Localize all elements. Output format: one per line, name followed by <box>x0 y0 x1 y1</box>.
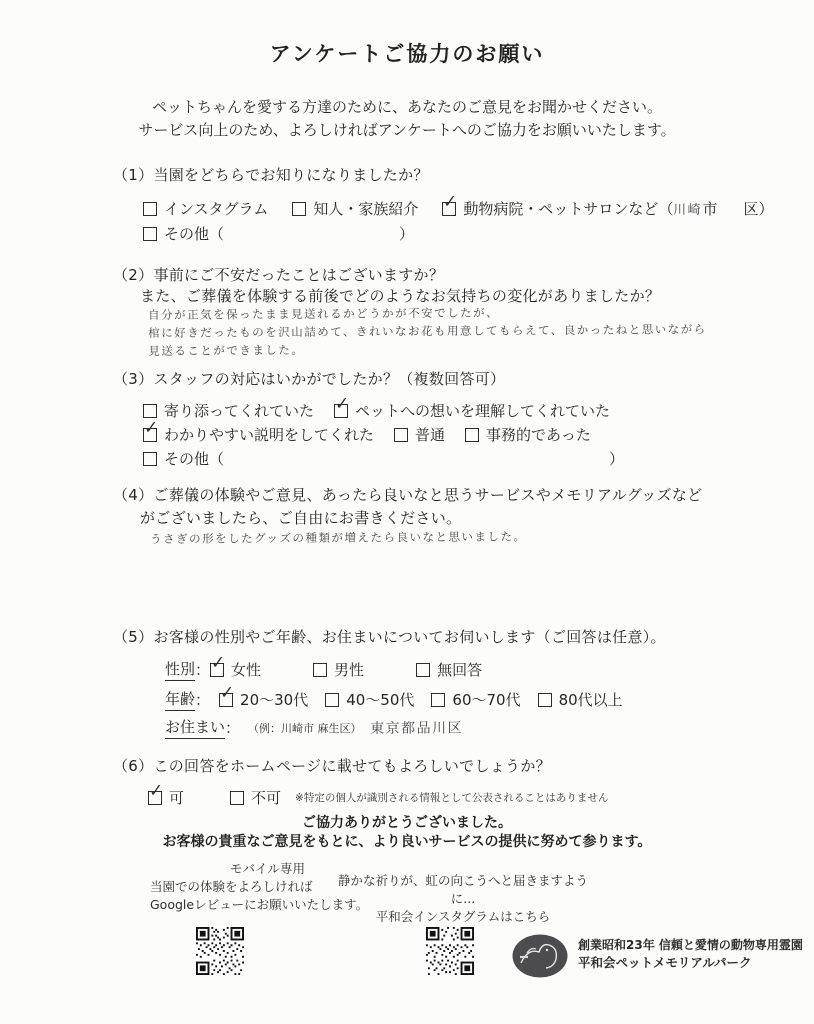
check-mark-icon: ✓ <box>144 419 158 438</box>
answer-line-3: 見送ることができました。 <box>148 338 707 360</box>
colon: ： <box>195 659 210 680</box>
q3-label: （3）スタッフの対応はいかがでしたか？（複数回答可） <box>113 368 505 389</box>
q3-options-row-3: その他（ ） <box>143 448 624 469</box>
option-label: 男性 <box>334 659 364 680</box>
intro-text: ペットちゃんを愛する方達のために、あなたのご意見をお聞かせください。 サービス向… <box>0 96 814 142</box>
q5-age-row: 年齢 ： ✓ 20～30代 40～50代 60～70代 80代以上 <box>165 688 623 711</box>
option-label: 20～30代 <box>240 689 308 710</box>
option-label: 80代以上 <box>559 689 623 710</box>
q1-options-row-2: その他（ ） <box>143 223 414 244</box>
residence-example: （例：川崎市 麻生区） <box>248 720 362 736</box>
q3-options-row-1: 寄り添ってくれていた ✓ ペットへの想いを理解してくれていた <box>143 400 610 421</box>
checkbox[interactable] <box>416 663 430 677</box>
check-mark-icon: ✓ <box>149 782 163 801</box>
q6-label: （6）この回答をホームページに載せてもよろしいでしょうか？ <box>113 755 551 776</box>
checkbox-checked[interactable]: ✓ <box>442 202 456 216</box>
q4-label-line-1: （4）ご葬儀の体験やご意見、あったら良いなと思うサービスやメモリアルグッズなど <box>113 484 702 505</box>
checkbox[interactable] <box>143 452 157 466</box>
q6-options-row: ✓ 可 不可 ※特定の個人が識別される情報として公表されることはありません <box>148 787 608 808</box>
checkbox[interactable] <box>313 663 327 677</box>
checkbox[interactable] <box>230 791 244 805</box>
q3-option-normal: 普通 <box>394 424 445 445</box>
q2-label-line-1: （2）事前にご不安だったことはございますか？ <box>113 264 444 285</box>
option-label: わかりやすい説明をしてくれた <box>164 424 374 445</box>
checkbox[interactable] <box>465 428 479 442</box>
q1-option-other: その他（ ） <box>143 223 414 244</box>
heiwakai-logo-icon <box>511 933 569 980</box>
handwritten-city: 川崎 <box>673 199 702 218</box>
page-title: アンケートご協力のお願い <box>0 38 814 68</box>
option-label: 40～50代 <box>346 689 414 710</box>
checkbox[interactable] <box>143 404 157 418</box>
option-label: 可 <box>169 787 184 808</box>
check-mark-icon: ✓ <box>211 654 225 673</box>
ward-close: 区） <box>743 198 773 219</box>
residence-handwritten-answer: 東京都品川区 <box>370 717 463 738</box>
q5-option-male: 男性 <box>313 659 364 680</box>
q1-option-referral: 知人・家族紹介 <box>292 198 418 219</box>
check-mark-icon: ✓ <box>335 395 349 414</box>
option-label: 知人・家族紹介 <box>313 198 418 219</box>
q3-option-clear-explanation: ✓ わかりやすい説明をしてくれた <box>143 424 374 445</box>
q1-label: （1）当園をどちらでお知りになりましたか？ <box>113 164 429 185</box>
q4-handwritten-answer: うさぎの形をしたグッズの種類が増えたら良いなと思いました。 <box>150 527 527 548</box>
checkbox-checked[interactable]: ✓ <box>210 663 224 677</box>
checkbox[interactable] <box>538 693 552 707</box>
option-label: 60～70代 <box>452 689 520 710</box>
paren-open: （ <box>658 198 673 219</box>
paren-close: ） <box>609 448 624 469</box>
option-label: 動物病院・ペットサロンなど <box>463 198 658 219</box>
gender-field-label: 性別 ： <box>165 658 210 681</box>
paren-close: ） <box>399 223 414 244</box>
option-label: 寄り添ってくれていた <box>164 400 314 421</box>
q5-residence-row: お住まい ： （例：川崎市 麻生区） 東京都品川区 <box>165 716 463 739</box>
colon: ： <box>195 689 210 710</box>
option-label: 事務的であった <box>486 424 591 445</box>
qr-code-instagram <box>426 927 474 975</box>
field-label-text: 性別 <box>165 658 195 681</box>
q1-option-instagram: インスタグラム <box>143 198 268 219</box>
q2-handwritten-answer: 自分が正気を保ったまま見送れるかどうかが不安でしたが、 棺に好きだったものを沢山… <box>148 302 707 360</box>
checkbox[interactable] <box>394 428 408 442</box>
instagram-line-2: 平和会インスタグラムはこちら <box>328 908 598 926</box>
q5-gender-row: 性別 ： ✓ 女性 男性 無回答 <box>165 658 482 681</box>
q3-option-supportive: 寄り添ってくれていた <box>143 400 314 421</box>
colon: ： <box>225 717 240 738</box>
option-label: 無回答 <box>437 659 482 680</box>
q5-option-no-answer: 無回答 <box>416 659 482 680</box>
q6-option-yes: ✓ 可 <box>148 787 184 808</box>
city-suffix: 市 <box>702 198 717 219</box>
instagram-block: 静かな祈りが、虹の向こうへと届きますように... 平和会インスタグラムはこちら <box>328 872 598 926</box>
intro-line-2: サービス向上のため、よろしければアンケートへのご協力をお願いいたします。 <box>0 119 814 142</box>
checkbox[interactable] <box>431 693 445 707</box>
option-label: 女性 <box>231 659 261 680</box>
q1-option-vet-salon: ✓ 動物病院・ペットサロンなど （ 川崎 市 区） <box>442 198 773 219</box>
qr-code-google-review <box>196 927 244 975</box>
q1-options-row-1: インスタグラム 知人・家族紹介 ✓ 動物病院・ペットサロンなど （ 川崎 市 区… <box>143 198 774 219</box>
checkbox[interactable] <box>292 202 306 216</box>
field-label-text: お住まい <box>165 716 225 739</box>
checkbox-checked[interactable]: ✓ <box>143 428 157 442</box>
checkbox[interactable] <box>143 202 157 216</box>
closing-message: ご協力ありがとうございました。 お客様の貴重なご意見をもとに、より良いサービスの… <box>0 814 814 852</box>
option-label: ペットへの想いを理解してくれていた <box>355 400 610 421</box>
q5-label: （5）お客様の性別やご年齢、お住まいについてお伺いします（ご回答は任意）。 <box>113 626 666 647</box>
closing-line-1: ご協力ありがとうございました。 <box>0 814 814 833</box>
q3-option-other: その他（ ） <box>143 448 624 469</box>
q4-label-line-2: がございましたら、ご自由にお書きください。 <box>140 507 461 528</box>
checkbox[interactable] <box>325 693 339 707</box>
survey-document: アンケートご協力のお願い ペットちゃんを愛する方達のために、あなたのご意見をお聞… <box>0 0 814 1024</box>
privacy-note: ※特定の個人が識別される情報として公表されることはありません <box>295 790 608 805</box>
option-label: その他（ <box>164 223 224 244</box>
q5-option-female: ✓ 女性 <box>210 659 261 680</box>
option-label: その他（ <box>164 448 224 469</box>
checkbox-checked[interactable]: ✓ <box>148 791 162 805</box>
option-label: インスタグラム <box>164 198 268 219</box>
q3-option-businesslike: 事務的であった <box>465 424 591 445</box>
q3-options-row-2: ✓ わかりやすい説明をしてくれた 普通 事務的であった <box>143 424 591 445</box>
q6-option-no: 不可 <box>230 787 281 808</box>
checkbox[interactable] <box>143 227 157 241</box>
checkbox-checked[interactable]: ✓ <box>219 693 233 707</box>
check-mark-icon: ✓ <box>443 193 457 212</box>
q5-option-age-60-70: 60～70代 <box>431 689 520 710</box>
option-label: 不可 <box>251 787 281 808</box>
q5-option-age-80-plus: 80代以上 <box>538 689 623 710</box>
check-mark-icon: ✓ <box>220 684 234 703</box>
intro-line-1: ペットちゃんを愛する方達のために、あなたのご意見をお聞かせください。 <box>0 96 814 119</box>
instagram-line-1: 静かな祈りが、虹の向こうへと届きますように... <box>328 872 598 908</box>
q5-option-age-40-50: 40～50代 <box>325 689 414 710</box>
field-label-text: 年齢 <box>165 688 195 711</box>
brand-block: 創業昭和23年 信頼と愛情の動物専用霊園 平和会ペットメモリアルパーク <box>578 936 803 972</box>
option-label: 普通 <box>415 424 445 445</box>
closing-line-2: お客様の貴重なご意見をもとに、より良いサービスの提供に努めて参ります。 <box>0 833 814 852</box>
checkbox-checked[interactable]: ✓ <box>334 404 348 418</box>
brand-line-1: 創業昭和23年 信頼と愛情の動物専用霊園 <box>578 936 803 954</box>
q3-option-understood-feelings: ✓ ペットへの想いを理解してくれていた <box>334 400 610 421</box>
residence-field-label: お住まい ： <box>165 716 240 739</box>
q5-option-age-20-30: ✓ 20～30代 <box>219 689 308 710</box>
brand-line-2: 平和会ペットメモリアルパーク <box>578 954 803 972</box>
age-field-label: 年齢 ： <box>165 688 210 711</box>
